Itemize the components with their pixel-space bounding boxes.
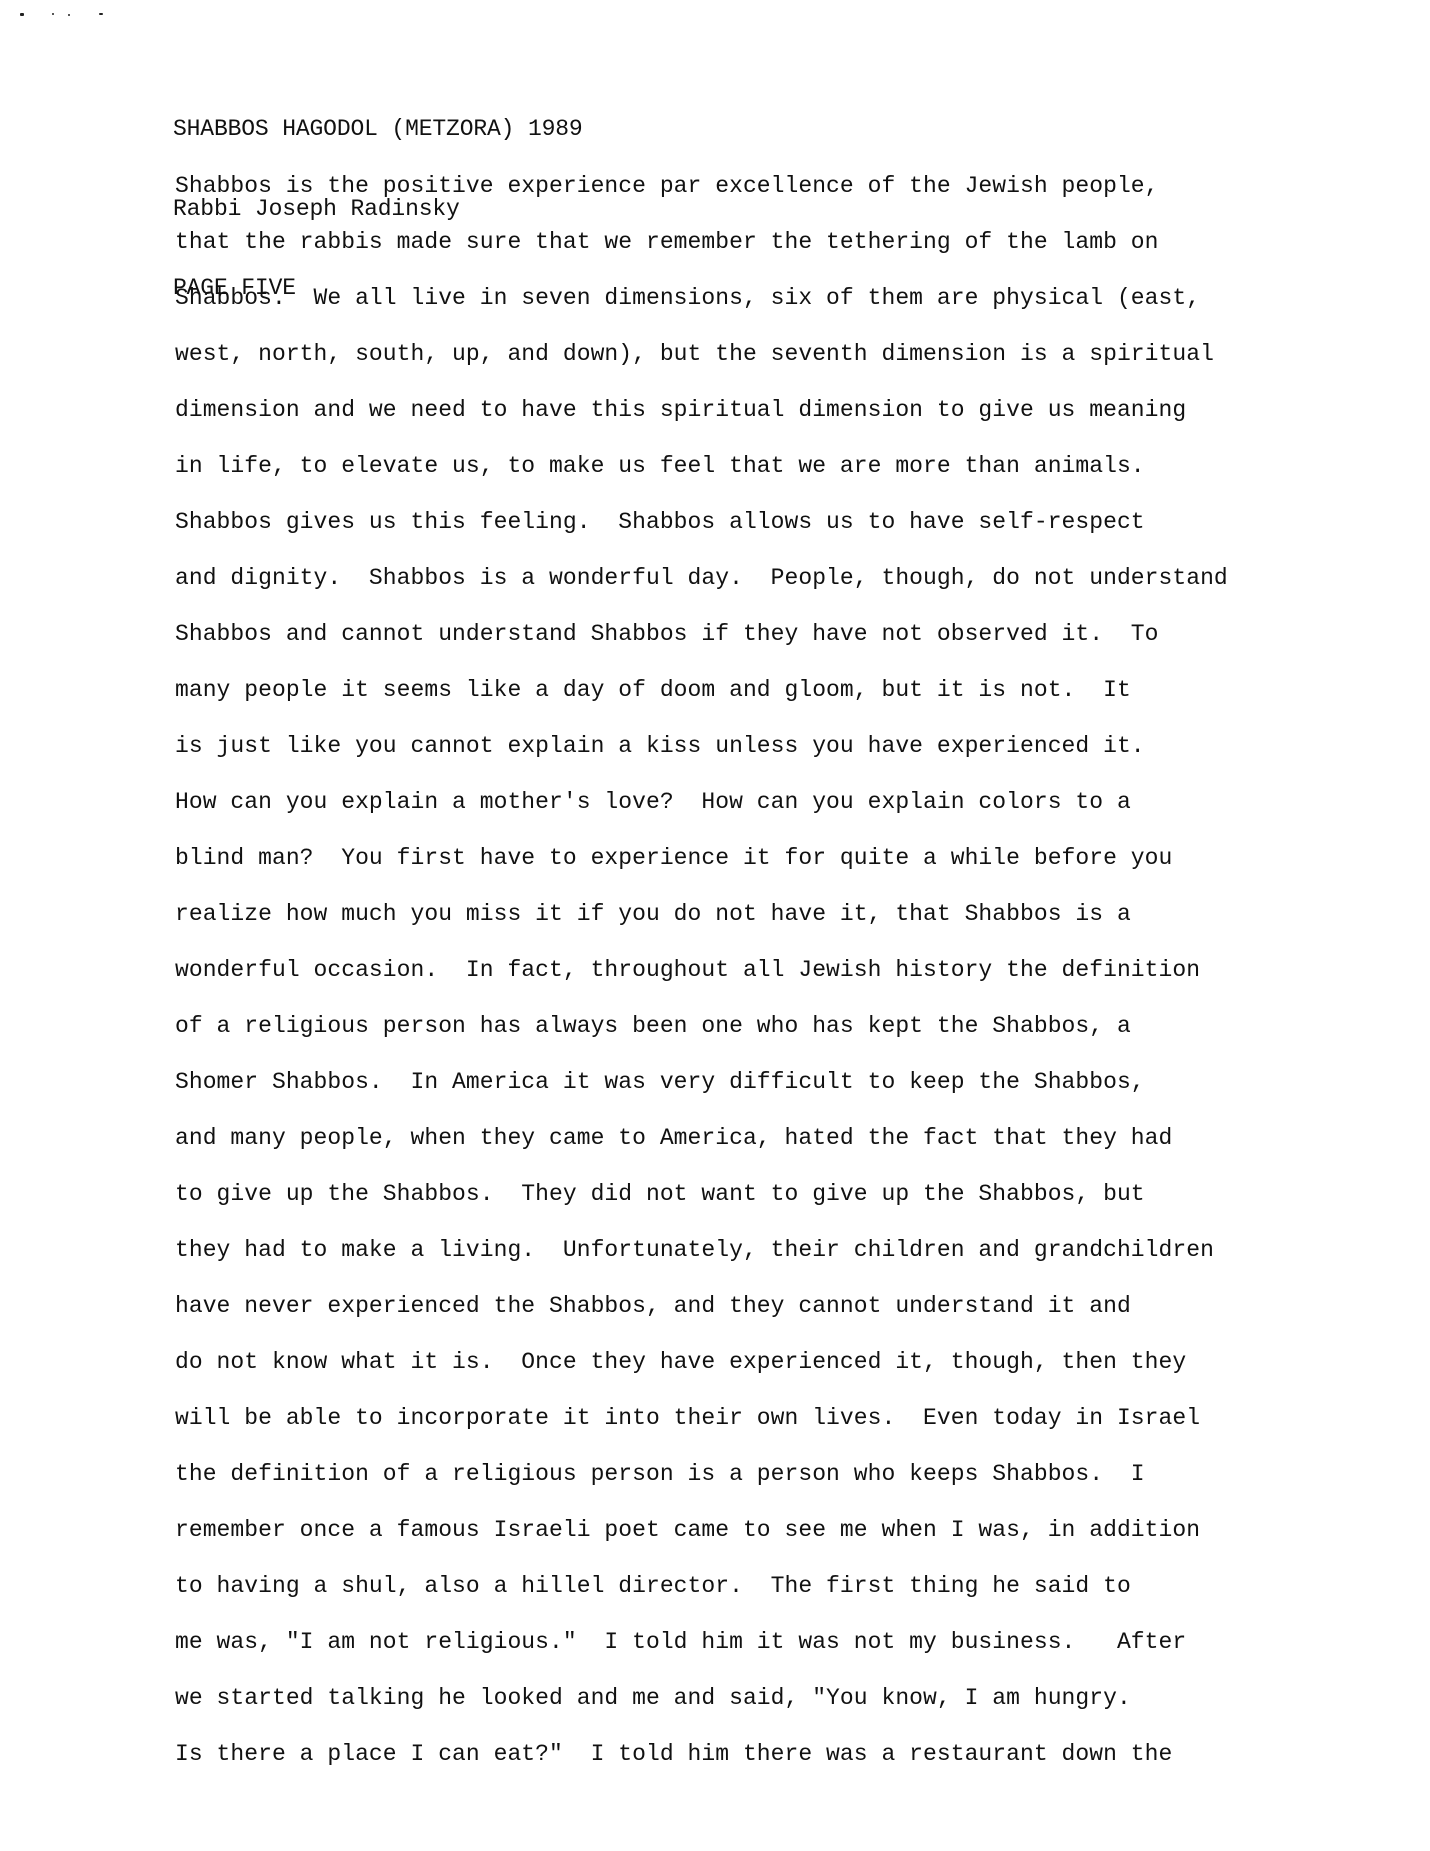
text-line: to having a shul, also a hillel director… xyxy=(175,1558,1228,1614)
scan-speck xyxy=(52,13,54,15)
text-line: that the rabbis made sure that we rememb… xyxy=(175,214,1228,270)
text-line: Shabbos. We all live in seven dimensions… xyxy=(175,270,1228,326)
text-line: dimension and we need to have this spiri… xyxy=(175,382,1228,438)
text-line: of a religious person has always been on… xyxy=(175,998,1228,1054)
text-line: will be able to incorporate it into thei… xyxy=(175,1390,1228,1446)
text-line: Shomer Shabbos. In America it was very d… xyxy=(175,1054,1228,1110)
text-line: many people it seems like a day of doom … xyxy=(175,662,1228,718)
text-line: wonderful occasion. In fact, throughout … xyxy=(175,942,1228,998)
text-line: to give up the Shabbos. They did not wan… xyxy=(175,1166,1228,1222)
text-line: Shabbos gives us this feeling. Shabbos a… xyxy=(175,494,1228,550)
text-line: Shabbos is the positive experience par e… xyxy=(175,158,1228,214)
text-line: we started talking he looked and me and … xyxy=(175,1670,1228,1726)
text-line: west, north, south, up, and down), but t… xyxy=(175,326,1228,382)
text-line: Shabbos and cannot understand Shabbos if… xyxy=(175,606,1228,662)
text-line: How can you explain a mother's love? How… xyxy=(175,774,1228,830)
text-line: they had to make a living. Unfortunately… xyxy=(175,1222,1228,1278)
text-line: blind man? You first have to experience … xyxy=(175,830,1228,886)
document-title: SHABBOS HAGODOL (METZORA) 1989 xyxy=(173,116,583,143)
scan-speck xyxy=(68,14,70,16)
text-line: Is there a place I can eat?" I told him … xyxy=(175,1726,1228,1782)
text-line: the definition of a religious person is … xyxy=(175,1446,1228,1502)
scan-speck xyxy=(99,13,103,15)
text-line: and dignity. Shabbos is a wonderful day.… xyxy=(175,550,1228,606)
document-body: Shabbos is the positive experience par e… xyxy=(175,158,1228,1782)
text-line: have never experienced the Shabbos, and … xyxy=(175,1278,1228,1334)
text-line: is just like you cannot explain a kiss u… xyxy=(175,718,1228,774)
scanned-page: SHABBOS HAGODOL (METZORA) 1989 Rabbi Jos… xyxy=(0,0,1430,1851)
text-line: me was, "I am not religious." I told him… xyxy=(175,1614,1228,1670)
text-line: do not know what it is. Once they have e… xyxy=(175,1334,1228,1390)
text-line: realize how much you miss it if you do n… xyxy=(175,886,1228,942)
text-line: in life, to elevate us, to make us feel … xyxy=(175,438,1228,494)
text-line: and many people, when they came to Ameri… xyxy=(175,1110,1228,1166)
scan-speck xyxy=(20,13,24,16)
text-line: remember once a famous Israeli poet came… xyxy=(175,1502,1228,1558)
